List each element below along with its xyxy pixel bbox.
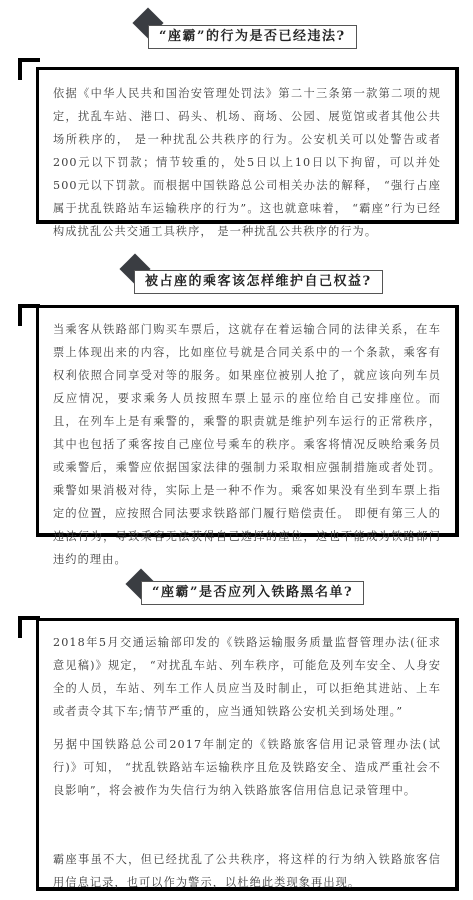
content-box: 2018年5月交通运输部印发的《铁路运输服务质量监督管理办法(征求意见稿)》规定… — [36, 618, 459, 891]
content-box: 依据《中华人民共和国治安管理处罚法》第二十三条第一款第二项的规定，扰乱车站、港口… — [36, 67, 459, 224]
section-heading: “座霸”是否应列入铁路黑名单? — [141, 581, 364, 605]
paragraph: 另据中国铁路总公司2017年制定的《铁路旅客信用记录管理办法(试行)》可知， “… — [53, 733, 441, 802]
section-heading: 被占座的乘客该怎样维护自己权益? — [134, 270, 383, 294]
paragraph: 2018年5月交通运输部印发的《铁路运输服务质量监督管理办法(征求意见稿)》规定… — [53, 631, 441, 723]
paragraph: 依据《中华人民共和国治安管理处罚法》第二十三条第一款第二项的规定，扰乱车站、港口… — [53, 82, 441, 243]
section-heading: “座霸”的行为是否已经违法? — [148, 25, 357, 49]
paragraph: 当乘客从铁路部门购买车票后，这就存在着运输合同的法律关系，在车票上体现出来的内容… — [53, 318, 441, 571]
paragraph: 霸座事虽不大，但已经扰乱了公共秩序，将这样的行为纳入铁路旅客信用信息记录，也可以… — [53, 848, 441, 894]
content-box: 当乘客从铁路部门购买车票后，这就存在着运输合同的法律关系，在车票上体现出来的内容… — [36, 305, 459, 537]
